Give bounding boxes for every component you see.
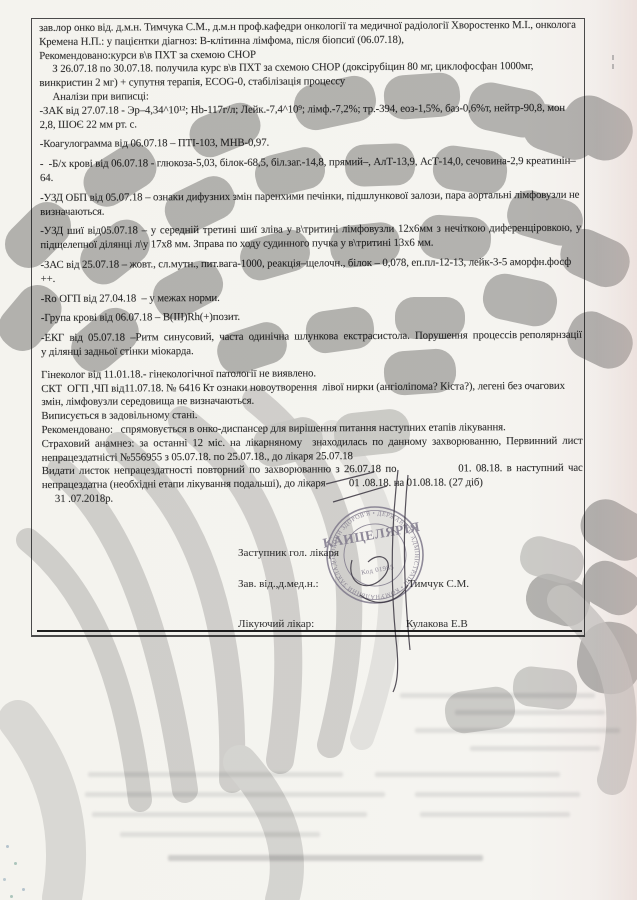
paragraph-sick-leave: Видати листок непрацездатності повторний… <box>42 462 583 493</box>
bleed-line <box>375 772 560 777</box>
document-frame: зав.лор онко від. д.м.н. Тимчука С.М., д… <box>31 18 585 637</box>
paragraph-urinalysis: -ЗАС від 25.07.18 – жовт., сл.мутн., пит… <box>40 256 581 287</box>
scan-speck <box>14 862 17 865</box>
paragraph: зав.лор онко від. д.м.н. Тимчука С.М., д… <box>39 19 580 50</box>
paragraph-insurance: Страховий анамнез: за останні 12 міс. на… <box>42 434 583 465</box>
paragraph-ultrasound-neck: -УЗД шиї від05.07.18 – у середній третин… <box>40 222 581 253</box>
signature-underline <box>37 630 582 632</box>
document-body: зав.лор онко від. д.м.н. Тимчука С.М., д… <box>39 19 583 507</box>
paragraph-ultrasound-abdomen: -УЗД ОБП від 05.07.18 – ознаки дифузних … <box>40 188 581 219</box>
paragraph: З 26.07.18 по 30.07.18. получила курс в\… <box>39 60 580 91</box>
paragraph-coagulogram: -Коагулограмма від 06.07.18 – ПТІ-103, М… <box>40 135 581 152</box>
deputy-doctor-label: Заступник гол. лікаря <box>238 547 339 560</box>
bleed-line <box>92 812 367 817</box>
bleed-line <box>85 792 385 797</box>
bleed-line <box>455 710 605 715</box>
scan-speck <box>22 888 25 891</box>
bleed-line <box>470 746 600 751</box>
bleed-line <box>88 772 343 777</box>
scan-mark <box>612 64 614 69</box>
bleed-line <box>420 812 570 817</box>
scan-mark <box>612 55 614 60</box>
paragraph-blood-group: -Група крові від 06.07.18 – В(ІІІ)Rh(+)п… <box>41 309 582 326</box>
bleed-line <box>400 693 595 698</box>
scanned-medical-document: зав.лор онко від. д.м.н. Тимчука С.М., д… <box>0 0 637 900</box>
bleed-underline <box>168 855 483 861</box>
paragraph-lab-cbc: -ЗАК від 27.07.18 - Эр–4,34^10¹²; Hb-117… <box>40 101 581 132</box>
bleed-line <box>120 832 320 837</box>
paragraph-ecg: -ЕКГ від 05.07.18 –Ритм синусовий, часта… <box>41 329 582 360</box>
scan-speck <box>6 845 9 848</box>
bleed-line <box>415 728 620 733</box>
head-of-department-name: Тимчук С.М. <box>408 578 469 591</box>
scan-speck <box>10 895 13 898</box>
head-of-department-label: Зав. від.,д.мед.н.: <box>238 578 319 591</box>
scan-speck <box>3 878 6 881</box>
paragraph-ct: СКТ ОГП ,ЧП від11.07.18. № 6416 Кт ознак… <box>41 379 582 410</box>
paragraph-biochemistry: - -Б/х крові від 06.07.18 - глюкоза-5,03… <box>40 155 581 186</box>
scan-edge-tint <box>595 0 637 900</box>
paragraph-xray: -Ro ОГП від 27.04.18 – у межах норми. <box>41 289 582 306</box>
bleed-line <box>415 792 580 797</box>
